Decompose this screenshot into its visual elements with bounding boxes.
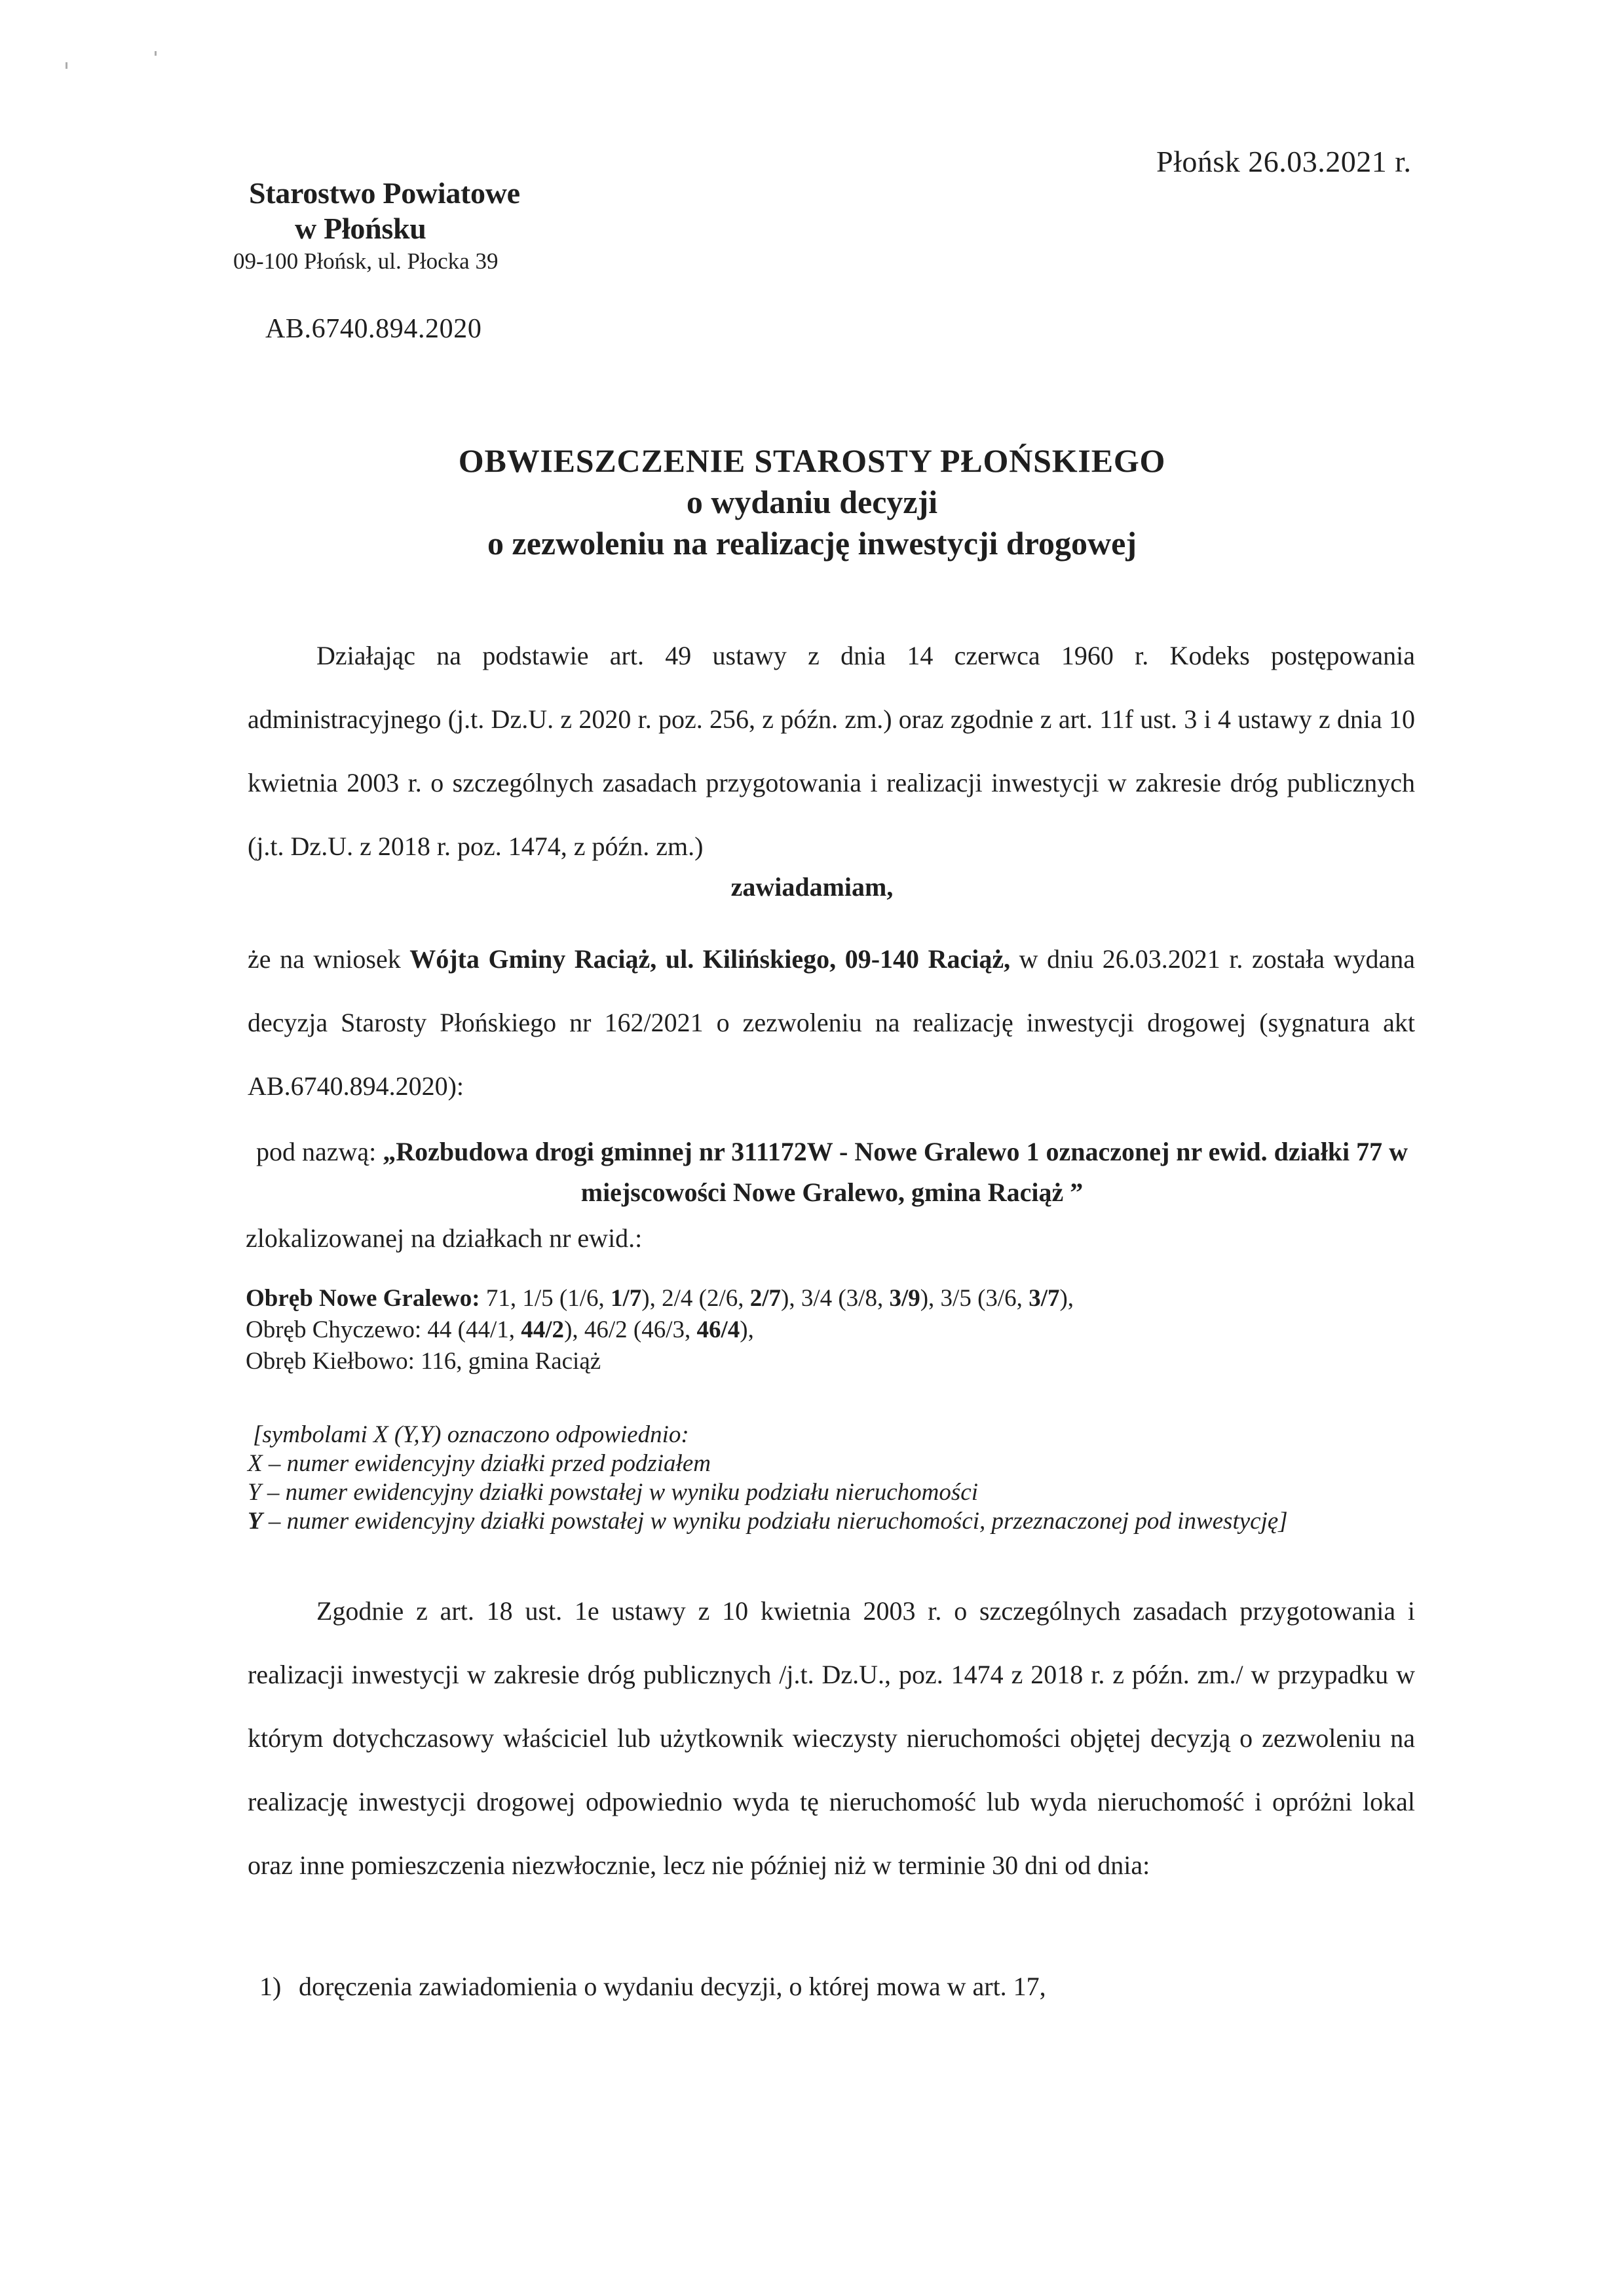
legend-intro: [symbolami X (Y,Y) oznaczono odpowiednio… — [248, 1421, 1427, 1449]
parcel-number-investment: 2/7 — [750, 1285, 781, 1312]
issuer-address: 09-100 Płońsk, ul. Płocka 39 — [216, 246, 557, 277]
legend-symbol: Y — [248, 1508, 263, 1535]
document-date: Płońsk 26.03.2021 r. — [1156, 144, 1412, 179]
parcel-number-investment: 1/7 — [611, 1285, 641, 1312]
applicant: Wójta Gminy Raciąż, ul. Kilińskiego, 09-… — [409, 944, 1010, 974]
legend-text: – numer ewidencyjny działki powstałej w … — [263, 1508, 1288, 1535]
precinct-name: Obręb Kiełbowo: — [246, 1348, 415, 1375]
parcel-number-investment: 3/7 — [1029, 1285, 1059, 1312]
legend-symbol: X — [248, 1450, 263, 1477]
obligation-paragraph: Zgodnie z art. 18 ust. 1e ustawy z 10 kw… — [248, 1579, 1415, 1897]
legend-item: Y – numer ewidencyjny działki powstałej … — [248, 1507, 1427, 1536]
legend-text: – numer ewidencyjny działki powstałej w … — [261, 1479, 978, 1506]
obligation-text: Zgodnie z art. 18 ust. 1e ustawy z 10 kw… — [248, 1596, 1415, 1880]
issuer-city: w Płońsku — [216, 211, 557, 246]
title-line-3: o zezwoleniu na realizację inwestycji dr… — [0, 523, 1624, 564]
issuer-block: Starostwo Powiatowe w Płońsku 09-100 Pło… — [216, 176, 557, 277]
parcel-number: ), 3/4 (3/8, — [781, 1285, 889, 1312]
legend-item: X – numer ewidencyjny działki przed podz… — [248, 1449, 1427, 1478]
legend-symbol: Y — [248, 1479, 261, 1506]
parcel-number: ), — [1059, 1285, 1074, 1312]
precinct-name: Obręb Nowe Gralewo: — [246, 1285, 480, 1312]
title-line-2: o wydaniu decyzji — [0, 482, 1624, 523]
issuer-name: Starostwo Powiatowe — [216, 176, 557, 211]
list-number: 1) — [249, 1971, 299, 2002]
parcel-number: ), — [740, 1316, 754, 1343]
location-label: zlokalizowanej na działkach nr ewid.: — [246, 1223, 642, 1253]
parcel-list: Obręb Nowe Gralewo: 71, 1/5 (1/6, 1/7), … — [246, 1283, 1425, 1377]
list-item: 1)doręczenia zawiadomienia o wydaniu dec… — [249, 1971, 1046, 2002]
precinct-name: Obręb Chyczewo: — [246, 1316, 421, 1343]
parcel-number: 71, 1/5 (1/6, — [480, 1285, 611, 1312]
document-title: OBWIESZCZENIE STAROSTY PŁOŃSKIEGO o wyda… — [0, 440, 1624, 564]
parcel-number: ), 46/2 (46/3, — [564, 1316, 696, 1343]
parcel-number: 116, gmina Raciąż — [415, 1348, 601, 1375]
list-text: doręczenia zawiadomienia o wydaniu decyz… — [299, 1972, 1046, 2001]
deadline-list: 1)doręczenia zawiadomienia o wydaniu dec… — [249, 1971, 1046, 2002]
parcel-number-investment: 46/4 — [697, 1316, 740, 1343]
scan-artifact — [155, 51, 157, 56]
scan-artifact — [66, 62, 67, 69]
project-name-block: pod nazwą: „Rozbudowa drogi gminnej nr 3… — [242, 1132, 1422, 1213]
project-name: „Rozbudowa drogi gminnej nr 311172W - No… — [383, 1137, 1408, 1207]
parcel-number-investment: 44/2 — [521, 1316, 564, 1343]
parcel-number: ), 2/4 (2/6, — [641, 1285, 749, 1312]
parcel-number-investment: 3/9 — [889, 1285, 920, 1312]
symbol-legend: [symbolami X (Y,Y) oznaczono odpowiednio… — [248, 1421, 1427, 1536]
project-label: pod nazwą: — [256, 1137, 383, 1166]
parcel-row: Obręb Nowe Gralewo: 71, 1/5 (1/6, 1/7), … — [246, 1283, 1425, 1314]
decision-intro: że na wniosek — [248, 944, 409, 974]
case-reference: AB.6740.894.2020 — [265, 313, 482, 345]
parcel-row: Obręb Chyczewo: 44 (44/1, 44/2), 46/2 (4… — [246, 1314, 1425, 1346]
parcel-row: Obręb Kiełbowo: 116, gmina Raciąż — [246, 1346, 1425, 1377]
decision-paragraph: że na wniosek Wójta Gminy Raciąż, ul. Ki… — [248, 927, 1415, 1118]
parcel-number: 44 (44/1, — [421, 1316, 521, 1343]
legal-basis-text: Działając na podstawie art. 49 ustawy z … — [248, 641, 1415, 861]
notify-heading: zawiadamiam, — [0, 871, 1624, 902]
title-line-1: OBWIESZCZENIE STAROSTY PŁOŃSKIEGO — [0, 440, 1624, 482]
legal-basis-paragraph: Działając na podstawie art. 49 ustawy z … — [248, 624, 1415, 878]
parcel-number: ), 3/5 (3/6, — [920, 1285, 1029, 1312]
legend-text: – numer ewidencyjny działki przed podzia… — [263, 1450, 711, 1477]
legend-item: Y – numer ewidencyjny działki powstałej … — [248, 1478, 1427, 1507]
